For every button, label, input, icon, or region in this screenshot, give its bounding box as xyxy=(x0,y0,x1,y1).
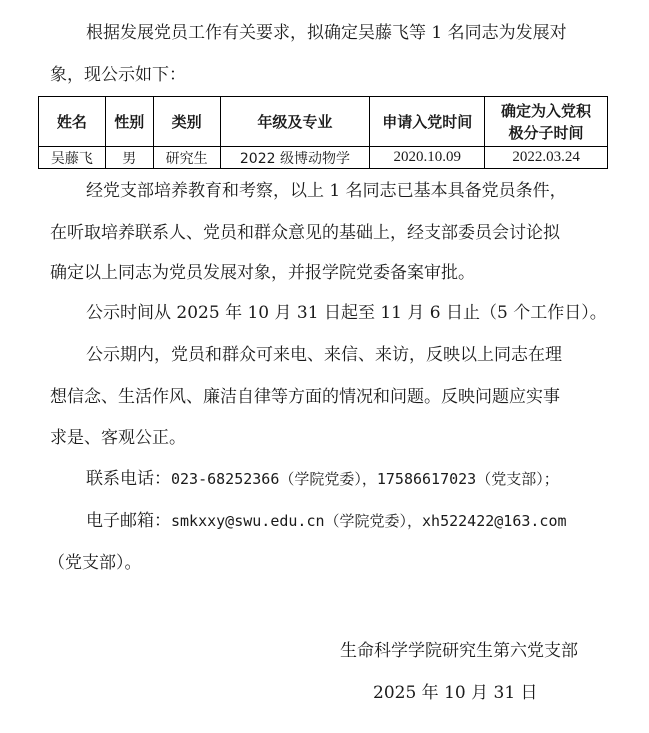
table-row: 吴藤飞 男 研究生 2022 级博动物学 2020.10.09 2022.03.… xyxy=(39,147,608,169)
phone-label: 联系电话： xyxy=(86,469,171,489)
header-activist-date-line1: 确定为入党积 xyxy=(485,100,607,122)
email-label: 电子邮箱： xyxy=(86,511,171,531)
contact-email-tail: （党支部）。 xyxy=(48,552,608,574)
cell-name: 吴藤飞 xyxy=(39,147,106,169)
signature-date: 2025 年 10 月 31 日 xyxy=(373,678,538,703)
para2-line-1: 公示时间从 2025 年 10 月 31 日起至 11 月 6 日止（5 个工作… xyxy=(86,302,646,324)
para3-line-3: 求是、客观公正。 xyxy=(50,427,610,449)
signature-org: 生命科学学院研究生第六党支部 xyxy=(340,636,578,661)
para3-line-1: 公示期内，党员和群众可来电、来信、来访，反映以上同志在理 xyxy=(86,344,646,366)
header-application-date: 申请入党时间 xyxy=(370,97,485,147)
contact-phone: 联系电话：023-68252366（学院党委），17586617023（党支部）… xyxy=(86,468,646,490)
header-category: 类别 xyxy=(153,97,220,147)
para1-line-1: 经党支部培养教育和考察，以上 1 名同志已基本具备党员条件， xyxy=(86,180,646,202)
header-activist-date-line2: 极分子时间 xyxy=(485,122,607,144)
para1-line-2: 在听取培养联系人、党员和群众意见的基础上，经支部委员会讨论拟 xyxy=(50,222,610,244)
header-gender: 性别 xyxy=(105,97,153,147)
header-name: 姓名 xyxy=(39,97,106,147)
contact-email: 电子邮箱：smkxxy@swu.edu.cn（学院党委），xh522422@16… xyxy=(86,510,646,532)
header-grade-major: 年级及专业 xyxy=(220,97,370,147)
cell-application-date: 2020.10.09 xyxy=(370,147,485,169)
intro-line-2: 象，现公示如下： xyxy=(50,64,610,86)
cell-grade-major: 2022 级博动物学 xyxy=(220,147,370,169)
header-activist-date: 确定为入党积 极分子时间 xyxy=(485,97,608,147)
intro-line-1: 根据发展党员工作有关要求，拟确定吴藤飞等 1 名同志为发展对 xyxy=(86,22,646,44)
para3-line-2: 想信念、生活作风、廉洁自律等方面的情况和问题。反映问题应实事 xyxy=(50,386,610,408)
email-addresses: smkxxy@swu.edu.cn（学院党委），xh522422@163.com xyxy=(171,512,567,530)
cell-gender: 男 xyxy=(105,147,153,169)
phone-numbers: 023-68252366（学院党委），17586617023（党支部）； xyxy=(171,470,559,488)
para1-line-3: 确定以上同志为党员发展对象，并报学院党委备案审批。 xyxy=(50,262,610,284)
table-header-row: 姓名 性别 类别 年级及专业 申请入党时间 确定为入党积 极分子时间 xyxy=(39,97,608,147)
candidate-table: 姓名 性别 类别 年级及专业 申请入党时间 确定为入党积 极分子时间 吴藤飞 男… xyxy=(38,96,608,169)
cell-activist-date: 2022.03.24 xyxy=(485,147,608,169)
cell-category: 研究生 xyxy=(153,147,220,169)
